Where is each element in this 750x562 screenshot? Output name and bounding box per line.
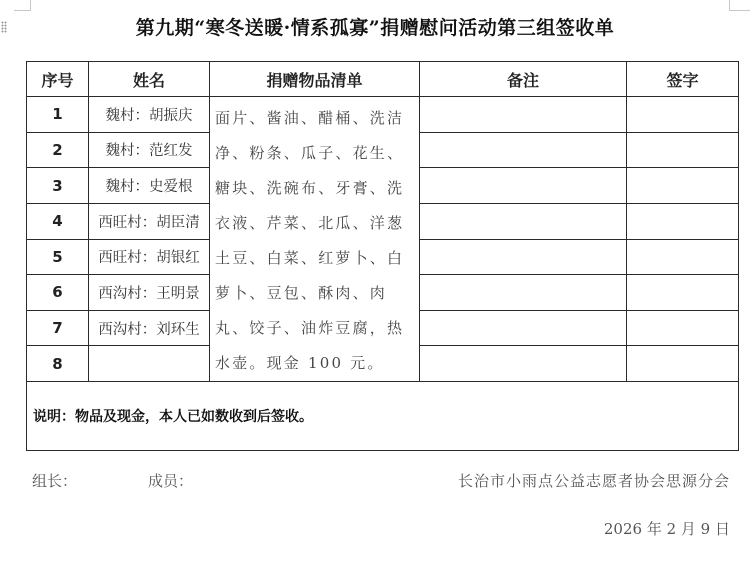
- header-items: 捐赠物品清单: [210, 62, 420, 97]
- row-remarks-cell[interactable]: [420, 239, 627, 275]
- note-row: 说明：物品及现金，本人已如数收到后签收。: [27, 382, 739, 451]
- header-name: 姓名: [89, 62, 210, 97]
- row-remarks-cell[interactable]: [420, 275, 627, 311]
- row-name: 西旺村：胡银红: [89, 239, 210, 275]
- row-index: 6: [27, 275, 89, 311]
- row-index: 2: [27, 132, 89, 168]
- row-index: 3: [27, 168, 89, 204]
- header-remarks: 备注: [420, 62, 627, 97]
- row-remarks-cell[interactable]: [420, 168, 627, 204]
- sign-in-table: 序号 姓名 捐赠物品清单 备注 签字 1 魏村：胡振庆 面片、酱油、醋桶、洗洁净…: [26, 61, 739, 451]
- header-index: 序号: [27, 62, 89, 97]
- row-signature-cell[interactable]: [627, 310, 739, 346]
- row-signature-cell[interactable]: [627, 275, 739, 311]
- row-name: 西沟村：王明景: [89, 275, 210, 311]
- row-signature-cell[interactable]: [627, 168, 739, 204]
- row-index: 7: [27, 310, 89, 346]
- group-leader-label: 组长：: [32, 470, 77, 491]
- row-signature-cell[interactable]: [627, 132, 739, 168]
- row-index: 4: [27, 203, 89, 239]
- document-date: 2026 年 2 月 9 日: [604, 518, 730, 539]
- row-index: 1: [27, 97, 89, 133]
- row-signature-cell[interactable]: [627, 239, 739, 275]
- row-name[interactable]: [89, 346, 210, 382]
- table-row: 1 魏村：胡振庆 面片、酱油、醋桶、洗洁净、粉条、瓜子、花生、糖块、洗碗布、牙膏…: [27, 97, 739, 133]
- receipt-note: 说明：物品及现金，本人已如数收到后签收。: [27, 382, 739, 451]
- row-remarks-cell[interactable]: [420, 346, 627, 382]
- row-name: 西沟村：刘环生: [89, 310, 210, 346]
- row-index: 5: [27, 239, 89, 275]
- row-remarks-cell[interactable]: [420, 203, 627, 239]
- document-title: 第九期“寒冬送暖·情系孤寡”捐赠慰问活动第三组签收单: [0, 13, 750, 40]
- row-name: 魏村：史爱根: [89, 168, 210, 204]
- page-corner-mark-top-left: [14, 0, 31, 11]
- row-remarks-cell[interactable]: [420, 132, 627, 168]
- row-index: 8: [27, 346, 89, 382]
- row-remarks-cell[interactable]: [420, 97, 627, 133]
- header-signature: 签字: [627, 62, 739, 97]
- row-signature-cell[interactable]: [627, 97, 739, 133]
- row-name: 西旺村：胡臣清: [89, 203, 210, 239]
- table-header-row: 序号 姓名 捐赠物品清单 备注 签字: [27, 62, 739, 97]
- donation-items-list: 面片、酱油、醋桶、洗洁净、粉条、瓜子、花生、糖块、洗碗布、牙膏、洗衣液、芹菜、北…: [210, 97, 420, 382]
- organization-name: 长治市小雨点公益志愿者协会思源分会: [458, 470, 730, 491]
- row-name: 魏村：范红发: [89, 132, 210, 168]
- page-corner-mark-top-right: [729, 0, 750, 11]
- row-signature-cell[interactable]: [627, 203, 739, 239]
- row-signature-cell[interactable]: [627, 346, 739, 382]
- row-name: 魏村：胡振庆: [89, 97, 210, 133]
- members-label: 成员：: [148, 470, 193, 491]
- row-remarks-cell[interactable]: [420, 310, 627, 346]
